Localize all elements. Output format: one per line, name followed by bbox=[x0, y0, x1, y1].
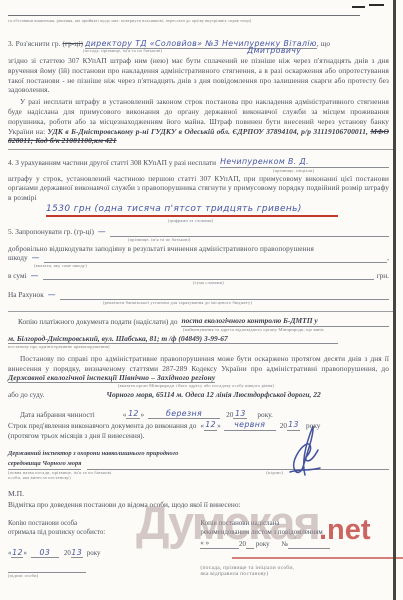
number-sign: № bbox=[282, 540, 289, 549]
inspector-caption-line1: (повна назва посади, прізвище, ім'я та п… bbox=[8, 470, 111, 475]
effective-date-line: Дата набрання чинності « 12 » березня 20… bbox=[8, 409, 389, 420]
unpaid-paragraph: У разі несплати штрафу в установлений за… bbox=[8, 97, 389, 146]
quote-close: » bbox=[23, 549, 26, 558]
seal-placeholder: М.П. bbox=[8, 489, 389, 499]
handwritten-dash: — bbox=[31, 271, 39, 281]
inspector-caption: (повна назва посади, прізвище, ім'я та п… bbox=[8, 470, 111, 481]
handwritten-day-2: 12 bbox=[204, 420, 217, 431]
section-4-lead: 4. З урахуванням частини другої статті 3… bbox=[8, 158, 216, 168]
scan-artifact-dash bbox=[369, 4, 384, 6]
scan-artifact-dash bbox=[352, 6, 365, 8]
inspection-address: Чорного моря, 65114 м. Одеса 12 лінія Лю… bbox=[106, 390, 320, 400]
year-prefix: 20 bbox=[64, 549, 71, 558]
blank-line bbox=[44, 254, 387, 263]
appeal-paragraph: Постанову по справі про адміністративне … bbox=[8, 354, 389, 383]
section-5-body: добровільно відшкодувати заподіяну в рез… bbox=[8, 244, 389, 254]
appeal-inspection-name: Державної екологічної інспекції Північно… bbox=[8, 373, 215, 383]
section-4-body: штрафу у строк, установлений частиною пе… bbox=[8, 174, 389, 203]
watermark-underline bbox=[232, 557, 403, 559]
mail-line-2: рекомендованим листом з повідомленням bbox=[200, 528, 389, 537]
inspector-title-row: середовища Чорного моря bbox=[8, 459, 389, 470]
damage-caption: (вказати, яку саме шкоду) bbox=[34, 263, 389, 269]
deadline-note: (протягом трьох місяців з дня її винесен… bbox=[8, 431, 389, 441]
mail-line-1: Копія постанови надіслана bbox=[200, 519, 389, 528]
eco-post-name: поста екологічного контролю Б-ДМТП у bbox=[181, 316, 389, 327]
deadline-line: Строк пред'явлення виконавчого документа… bbox=[8, 420, 389, 431]
account-word: На Рахунок bbox=[8, 290, 44, 300]
mail-caption-2: яка відправила постанову) bbox=[200, 572, 389, 578]
scan-edge-line bbox=[393, 0, 396, 600]
bank-details: УДК в Б-Дністровському р-ні ГУДКУ в Одес… bbox=[48, 127, 369, 136]
authority-caption-2: постанову про адміністративне правопоруш… bbox=[8, 344, 389, 350]
received-in-person-block: Копію постанови особа отримала під розпи… bbox=[8, 519, 172, 579]
year-prefix: 20 bbox=[226, 410, 233, 420]
year-word: року. bbox=[257, 410, 272, 420]
received-line-1: Копію постанови особа bbox=[8, 519, 172, 528]
section-5-lead: 5. Запропонувати гр. (гр-ці) bbox=[8, 227, 94, 237]
section-3-caption-row: (посада, прізвище, ім'я та по батькові) … bbox=[8, 48, 389, 56]
blank-line bbox=[60, 291, 389, 300]
sent-by-mail-block: Копія постанови надіслана рекомендованим… bbox=[200, 519, 389, 579]
year-prefix: 20 bbox=[239, 540, 246, 549]
separator-line bbox=[8, 311, 393, 312]
uah-word: грн. bbox=[377, 271, 389, 281]
handwritten-month: березня bbox=[148, 409, 220, 420]
section-3-body: згідно зі статтею 307 КУпАП штраф ним (н… bbox=[8, 56, 389, 95]
damage-line: шкоду — , bbox=[8, 253, 389, 263]
name-caption-2: (прізвище, ім'я та по батькові) bbox=[128, 237, 389, 243]
handwritten-dash: — bbox=[48, 290, 56, 300]
account-line: На Рахунок — bbox=[8, 290, 389, 300]
sum-caption: (сума словами) bbox=[193, 280, 389, 286]
section-5-first-line: 5. Запропонувати гр. (гр-ці) — bbox=[8, 227, 389, 237]
authority-caption: (найменування та адреса відповідного орг… bbox=[183, 327, 389, 333]
amount-caption: (цифрами та словами) bbox=[168, 218, 389, 224]
received-line-2: отримала під розписку особисто: bbox=[8, 528, 172, 537]
top-continuation-note: та обставини виявлення, рішення, які при… bbox=[8, 18, 389, 24]
top-rule bbox=[8, 15, 360, 16]
signature-line bbox=[87, 461, 389, 470]
person-signature-line bbox=[8, 558, 86, 573]
handwritten-dash: — bbox=[32, 253, 40, 263]
trailing-comma: , bbox=[387, 253, 389, 263]
account-caption: (реквізити банківської установи для зара… bbox=[103, 300, 389, 306]
section-3-handwritten-patronymic: Дмитровичу bbox=[247, 46, 301, 56]
handwritten-amount: 1530 грн (одна тисяча п'ятсот тридцять г… bbox=[46, 204, 302, 214]
handwritten-month-2: червня bbox=[224, 420, 276, 431]
quote-close: » bbox=[140, 410, 144, 420]
quote-close: » bbox=[217, 421, 221, 431]
signature-caption: (підпис) bbox=[266, 470, 283, 481]
scanned-document-page: та обставини виявлення, рішення, які при… bbox=[0, 0, 403, 600]
inspector-title-1: Державний інспектор з охорони навколишнь… bbox=[8, 449, 389, 459]
deadline-lead: Строк пред'явлення виконавчого документа… bbox=[8, 421, 196, 431]
separator-line bbox=[8, 149, 393, 150]
handwritten-year: 13 bbox=[233, 409, 247, 420]
damage-word: шкоду bbox=[8, 253, 28, 263]
sum-word: в сумі bbox=[8, 271, 27, 281]
section-3-first-line: 3. Роз'яснити гр. (гр-ці) директору ТД «… bbox=[8, 39, 389, 49]
inspector-signature bbox=[282, 422, 324, 478]
section-3-tail: , що bbox=[317, 39, 330, 48]
section-3-lead: 3. Роз'яснити гр. bbox=[8, 39, 61, 48]
bottom-columns: Копію постанови особа отримала під розпи… bbox=[8, 519, 389, 579]
payment-copy-line: Копію платіжного документа подати (надіс… bbox=[8, 316, 389, 327]
service-notice: Відмітка про доведення постанови до відо… bbox=[8, 500, 389, 510]
blank-line bbox=[43, 271, 374, 280]
mail-date-line: « » 20 року № bbox=[200, 539, 389, 549]
court-line: або до суду. Чорного моря, 65114 м. Одес… bbox=[8, 390, 389, 400]
mail-quotes: « » bbox=[200, 539, 209, 549]
penalty-amount-line: 1530 грн (одна тисяча п'ятсот тридцять г… bbox=[46, 204, 338, 217]
handwritten-year-3: 13 bbox=[71, 548, 83, 558]
section-4-first-line: 4. З урахуванням частини другої статті 3… bbox=[8, 157, 389, 168]
inspector-captions: (повна назва посади, прізвище, ім'я та п… bbox=[8, 470, 389, 481]
sum-line: в сумі — грн. bbox=[8, 271, 389, 281]
year-word: року bbox=[87, 549, 101, 558]
blank-line bbox=[110, 228, 389, 237]
section-3-struck-option: (гр-ці) bbox=[62, 39, 83, 48]
appeal-body: Постанову по справі про адміністративне … bbox=[8, 354, 389, 373]
handwritten-dash: — bbox=[98, 227, 106, 237]
authority-address: м. Білгород-Дністровський, вул. Шабська,… bbox=[8, 334, 338, 345]
section-4-handwritten-name: Нечипуренком В. Д. bbox=[220, 157, 389, 168]
inspector-title-2: середовища Чорного моря bbox=[8, 459, 81, 470]
inspector-caption-line2: особи, яка винесла постанову) bbox=[8, 475, 71, 480]
payment-copy-lead: Копію платіжного документа подати (надіс… bbox=[8, 317, 177, 327]
handwritten-day-3: 12 bbox=[11, 548, 23, 558]
handwritten-month-3: 03 bbox=[31, 548, 59, 558]
handwritten-day: 12 bbox=[126, 409, 140, 420]
appeal-caption: (вказати орган Мінприроди і його адресу … bbox=[118, 383, 389, 389]
name-caption: (посада, прізвище, ім'я та по батькові) bbox=[83, 48, 162, 56]
year-word: року bbox=[256, 540, 270, 549]
effective-date-lead: Дата набрання чинності bbox=[20, 410, 95, 420]
received-date-line: « 12 » 03 20 13 року bbox=[8, 548, 172, 558]
person-signature-caption: (підпис особи) bbox=[8, 573, 172, 579]
court-text: або до суду. bbox=[8, 390, 44, 400]
